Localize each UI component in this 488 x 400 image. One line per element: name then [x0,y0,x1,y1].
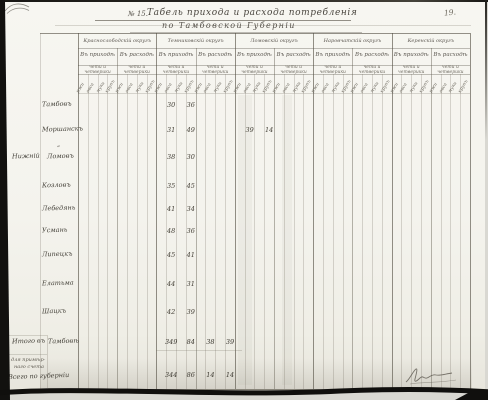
measure-header: чети и четверики [196,65,235,74]
column-header-label: овса [164,82,174,94]
cell-value: 38 [162,153,181,162]
column-header-label: овса [399,82,409,94]
column-header-label: ржи [389,82,399,94]
cell-value: 31 [162,126,181,135]
row-label: Козловъ [42,181,71,190]
cell-value: 30 [162,101,181,110]
grid-line-v [343,74,344,389]
column-header-label: овса [438,82,448,94]
grid-line-v [382,74,383,389]
grid-line-v [470,48,471,74]
cell-value: 35 [162,182,181,191]
measure-header: чети и четверики [392,65,431,74]
sub-header: Въ приходѣ [235,49,274,64]
column-header-label: муки [252,81,263,94]
measure-header: чети и четверики [274,65,313,74]
grid-line-h [55,25,471,26]
column-header-label: овса [282,82,292,94]
cell-value: 34 [181,205,200,214]
sub-header: Въ расходѣ [274,49,313,64]
footnote-line1: для примѣр- [11,357,45,363]
scanned-ledger-page: № 15. Табель прихода и расхода потреблен… [0,0,488,400]
grid-line-v [441,74,442,389]
column-header-label: овса [321,82,331,94]
cell-value: 39 [181,308,200,317]
signature-flourish [400,365,464,389]
grid-line-v [450,74,451,389]
group-header: Краснослободскій округъ [78,34,156,47]
sub-header: Въ расходѣ [431,49,470,64]
row-label: Елатьма [42,279,74,288]
column-header-label: овса [360,82,370,94]
sub-header: Въ приходѣ [392,49,431,64]
grid-line-v [294,74,295,389]
grand-total-label: Всего по губерніи [8,371,70,381]
row-label-prefix: Нижній [12,152,40,161]
sub-header: Въ приходѣ [78,49,117,64]
grid-line-v [107,74,108,389]
row-label: Липецкъ [42,250,73,259]
cell-value: 36 [181,101,200,110]
grid-line-v [352,74,353,389]
cell-value: 36 [181,227,200,236]
column-header-label: ржи [272,82,282,94]
group-header: Ломовскій округъ [235,34,313,47]
column-header-label: овса [86,82,96,94]
row-label: Тамбовъ [42,100,72,109]
measure-header: чети и четверики [117,65,156,74]
measure-header: чети и четверики [235,65,274,74]
grid-line-v [313,74,314,389]
column-header-label: ржи [311,82,321,94]
ditto-mark: „ [57,141,60,148]
grid-line-v [431,74,432,389]
grid-line-h [95,20,351,21]
row-label: Моршанскъ [42,124,83,133]
column-header-label: ржи [429,82,439,94]
column-header-label: муки [95,81,106,94]
column-header-label: ржи [115,82,125,94]
grid-line-v [470,33,471,48]
sub-header: Въ расходѣ [352,49,391,64]
column-header-label: овса [125,82,135,94]
grid-line-v [47,335,48,388]
row-label: Усмань [42,226,68,235]
total-label-left: Итого въ [12,337,45,346]
grid-line-v [88,74,89,389]
scan-edge-top [0,0,488,2]
cell-value: 31 [181,280,200,289]
column-header-label: муки [135,81,146,94]
column-header-label: муки [409,81,420,94]
sub-header: Въ приходѣ [313,49,352,64]
grid-line-v [460,74,461,389]
column-header-label: овса [242,82,252,94]
sub-header: Въ расходѣ [196,49,235,64]
grid-line-v [303,74,304,389]
row-label: Шацкъ [42,307,66,316]
column-header: крупъ [460,74,470,95]
total-label-right: Тамбовѣ [48,337,79,346]
grid-line-v [392,74,393,389]
sub-header: Въ расходѣ [117,49,156,64]
row-label: Ломовъ [47,152,74,161]
column-header-label: ржи [154,82,164,94]
cell-value: 44 [162,280,181,289]
column-header-label: овса [203,82,213,94]
ledger-table: Краснослободскій округъТемниковскій окру… [0,0,488,400]
measure-header: чети и четверики [156,65,195,74]
group-header: Керенскій округъ [392,34,470,47]
grid-line-v [421,74,422,389]
grid-line-v [147,74,148,389]
cell-value: 344 [162,371,181,380]
column-header-label: крупъ [458,79,470,94]
cell-value: 349 [162,338,181,347]
column-header-label: ржи [233,82,243,94]
grid-line-v [470,74,471,389]
column-header-label: муки [370,81,381,94]
column-header-label: муки [331,81,342,94]
cell-value: 41 [181,251,200,260]
measure-header: чети и четверики [78,65,117,74]
cell-value: 49 [181,126,200,135]
grid-line-v [401,74,402,389]
cell-value: 14 [201,371,220,380]
grid-line-v [137,74,138,389]
cell-value: 45 [162,251,181,260]
group-header: Наровчатскій округъ [313,34,391,47]
footnote-line2: наго счета [14,364,44,370]
cell-value: 86 [181,371,200,380]
grid-line-v [362,74,363,389]
grid-line-h [40,389,470,390]
cell-value: 39 [221,338,240,347]
grid-line-v [245,74,246,389]
column-header-label: ржи [350,82,360,94]
column-header-label: муки [213,81,224,94]
column-header-label: муки [448,81,459,94]
cell-value: 39 [240,126,259,135]
grid-line-h [8,354,47,355]
group-header: Темниковскій округъ [156,34,234,47]
cell-value: 14 [221,371,240,380]
cell-value: 42 [162,308,181,317]
column-header-label: ржи [193,82,203,94]
cell-value: 41 [162,205,181,214]
grid-line-v [284,74,285,389]
cell-value: 48 [162,227,181,236]
grid-line-h [156,350,242,351]
grid-line-v [264,74,265,389]
cell-value: 45 [181,182,200,191]
grid-line-v [156,74,157,389]
measure-header: чети и четверики [313,65,352,74]
measure-header: чети и четверики [352,65,391,74]
grid-line-v [98,74,99,389]
scan-edge-right [485,0,487,140]
grid-line-h [8,335,47,336]
column-header-label: муки [174,81,185,94]
cell-value: 14 [260,126,279,135]
cell-value: 30 [181,153,200,162]
grid-line-v [117,74,118,389]
grid-line-v [254,74,255,389]
grid-line-v [323,74,324,389]
grid-line-v [411,74,412,389]
sub-header: Въ приходѣ [156,49,195,64]
grid-line-v [127,74,128,389]
cell-value: 84 [181,338,200,347]
column-header-label: муки [291,81,302,94]
grid-line-v [333,74,334,389]
corner-flourish-icon [3,1,33,15]
grid-line-v [274,74,275,389]
cell-value: 38 [201,338,220,347]
grid-line-v [372,74,373,389]
row-label: Лебедянь [42,204,76,213]
measure-header: чети и четверики [431,65,470,74]
column-header-label: ржи [76,82,86,94]
